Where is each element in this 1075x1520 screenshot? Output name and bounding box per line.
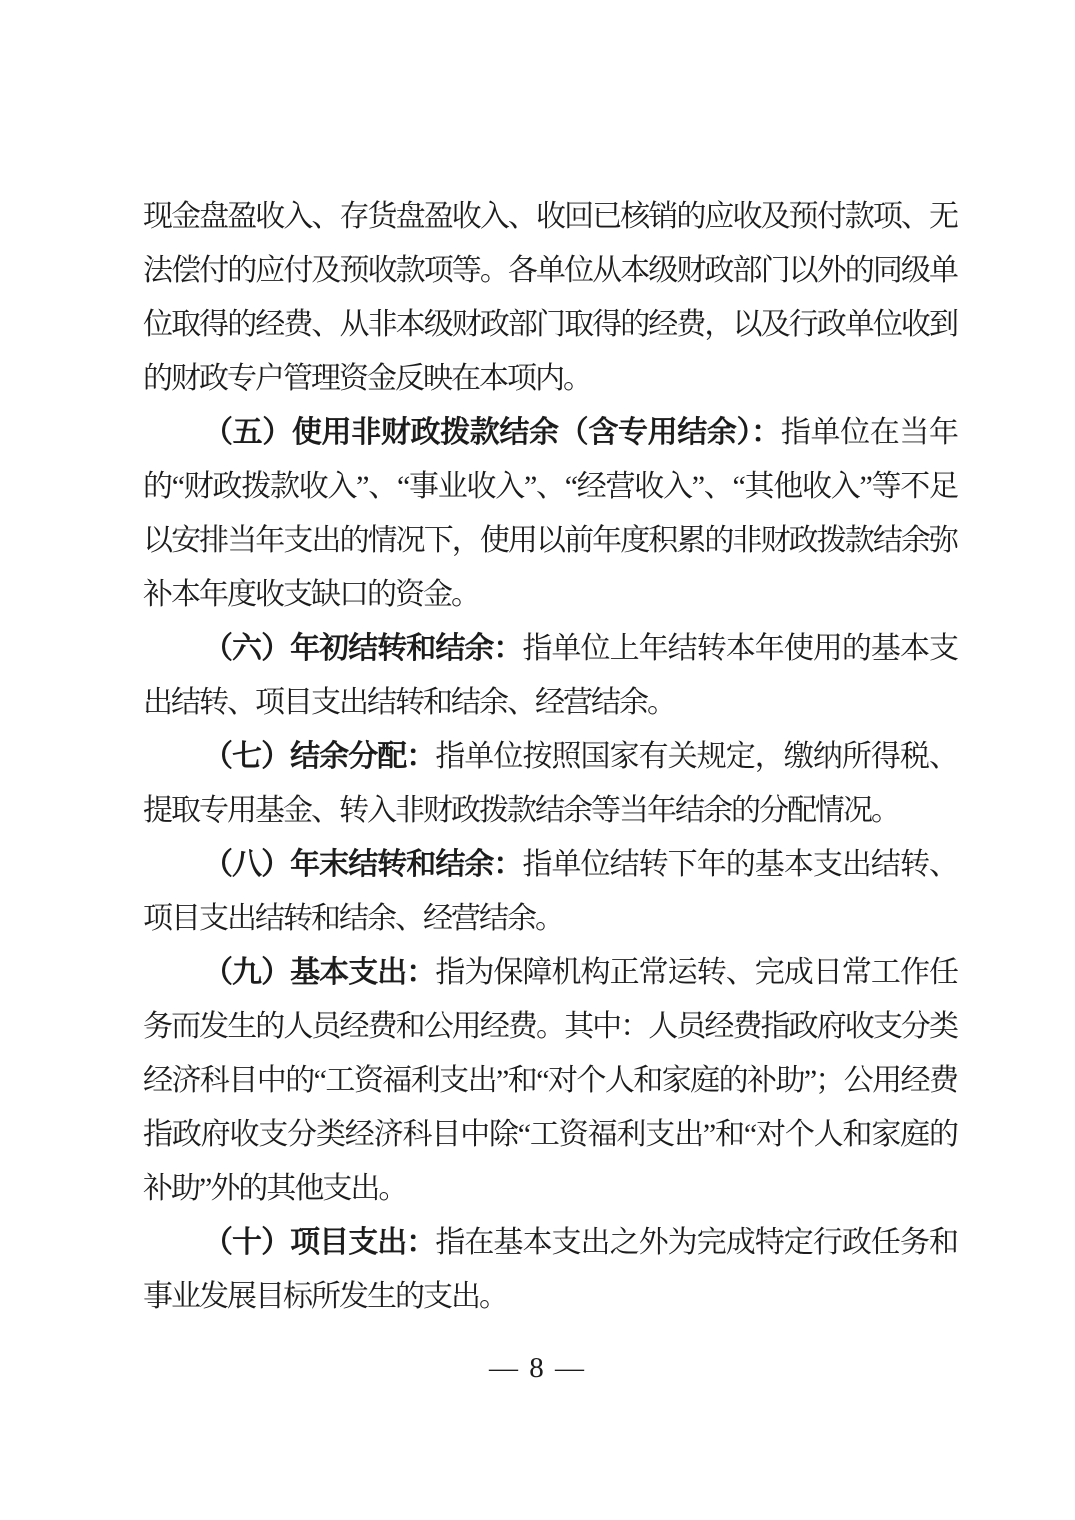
section-heading: （七）结余分配： xyxy=(203,740,435,773)
page-number-text: — 8 — xyxy=(489,1352,586,1384)
paragraph: （十）项目支出：指在基本支出之外为完成特定行政任务和事业发展目标所发生的支出。 xyxy=(143,1216,957,1324)
paragraph: （九）基本支出：指为保障机构正常运转、完成日常工作任务而发生的人员经费和公用经费… xyxy=(143,946,957,1216)
page-number: — 8 — xyxy=(0,1352,1075,1385)
document-page: 现金盘盈收入、存货盘盈收入、收回已核销的应收及预付款项、无法偿付的应付及预收款项… xyxy=(0,0,1075,1520)
paragraph-text: 指为保障机构正常运转、完成日常工作任务而发生的人员经费和公用经费。其中：人员经费… xyxy=(143,956,957,1205)
section-heading: （九）基本支出： xyxy=(203,956,435,989)
paragraph: 现金盘盈收入、存货盘盈收入、收回已核销的应收及预付款项、无法偿付的应付及预收款项… xyxy=(143,190,957,406)
paragraph: （六）年初结转和结余：指单位上年结转本年使用的基本支出结转、项目支出结转和结余、… xyxy=(143,622,957,730)
document-body: 现金盘盈收入、存货盘盈收入、收回已核销的应收及预付款项、无法偿付的应付及预收款项… xyxy=(143,190,957,1324)
section-heading: （五）使用非财政拨款结余（含专用结余）： xyxy=(203,416,781,449)
paragraph-text: 现金盘盈收入、存货盘盈收入、收回已核销的应收及预付款项、无法偿付的应付及预收款项… xyxy=(143,200,957,395)
paragraph: （八）年末结转和结余：指单位结转下年的基本支出结转、项目支出结转和结余、经营结余… xyxy=(143,838,957,946)
paragraph: （七）结余分配：指单位按照国家有关规定，缴纳所得税、提取专用基金、转入非财政拨款… xyxy=(143,730,957,838)
section-heading: （十）项目支出： xyxy=(203,1226,435,1259)
section-heading: （六）年初结转和结余： xyxy=(203,632,522,665)
paragraph: （五）使用非财政拨款结余（含专用结余）：指单位在当年的“财政拨款收入”、“事业收… xyxy=(143,406,957,622)
section-heading: （八）年末结转和结余： xyxy=(203,848,522,881)
